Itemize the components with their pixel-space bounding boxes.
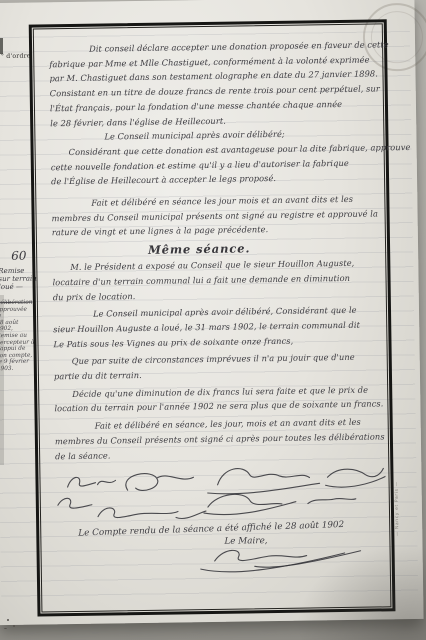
photo-edge-shadow xyxy=(0,295,4,465)
order-number-label: N° d'ordre. xyxy=(0,53,33,61)
signature-stroke xyxy=(204,494,296,515)
margin-note-struck-word: Délibération xyxy=(0,300,34,307)
speckle xyxy=(4,628,7,629)
speckle xyxy=(7,619,9,621)
entry-number: 60 xyxy=(11,249,26,263)
margin-subject-line: loué — xyxy=(0,283,37,292)
margin-note-line: le 9 février 1903. xyxy=(0,359,35,373)
signature-stroke xyxy=(98,507,206,520)
signature-stroke xyxy=(308,499,356,504)
signature-stroke xyxy=(215,550,307,562)
signature-stroke xyxy=(58,498,92,508)
margin-note-line: approuvée le xyxy=(0,306,34,320)
photo-edge-mark xyxy=(0,38,3,54)
margin-subject-line: sur terrain xyxy=(0,275,37,284)
signature-stroke xyxy=(207,468,319,495)
manuscript-body: Dit conseil déclare accepter une donatio… xyxy=(33,23,392,612)
margin-note: Délibération approuvée le 28 août 1902, … xyxy=(0,300,35,373)
signature-stroke xyxy=(67,477,115,487)
section-heading: Même séance. xyxy=(148,239,377,258)
photo-corner-smudge xyxy=(296,545,426,640)
signatures-block xyxy=(55,461,381,522)
speckle xyxy=(13,625,15,627)
margin-note-line: 28 août 1902, xyxy=(0,319,34,333)
register-page-photo: N° d'ordre. 60 Remise sur terrain loué —… xyxy=(0,0,426,640)
signatures-strokes xyxy=(55,461,386,522)
paper-sheet: N° d'ordre. 60 Remise sur terrain loué —… xyxy=(0,0,424,625)
signature-stroke xyxy=(126,473,194,491)
register-frame: Dit conseil déclare accepter une donatio… xyxy=(29,19,396,616)
signature-stroke xyxy=(325,469,385,488)
